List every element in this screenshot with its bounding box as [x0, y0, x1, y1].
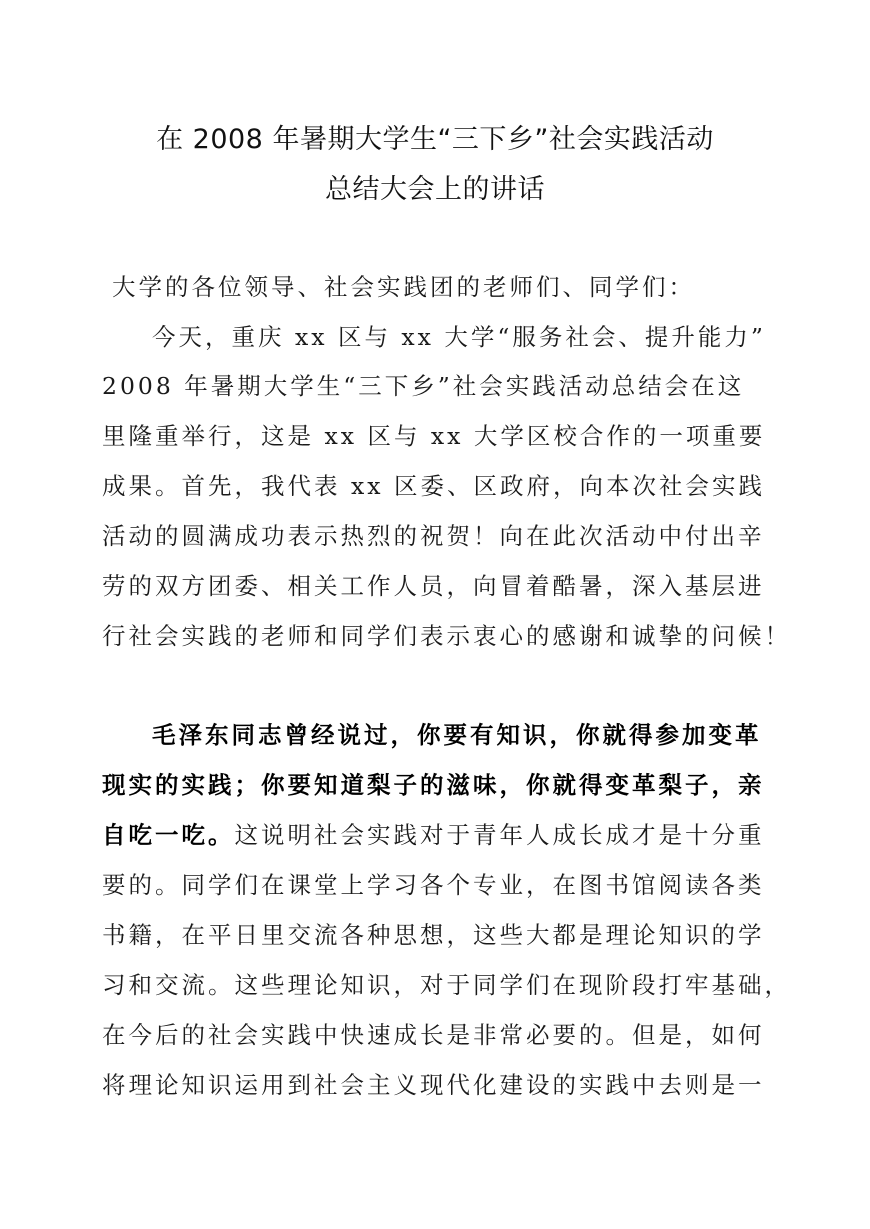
- quote-line: 现实的实践；你要知道梨子的滋味，你就得变革梨子，亲: [102, 770, 782, 800]
- mixed-line: 自吃一吃。这说明社会实践对于青年人成长成才是十分重: [102, 820, 782, 850]
- paragraph-line: 活动的圆满成功表示热烈的祝贺！向在此次活动中付出辛: [102, 521, 782, 551]
- quote-line: 毛泽东同志曾经说过，你要有知识，你就得参加变革: [152, 720, 832, 750]
- paragraph-line: 要的。同学们在课堂上学习各个专业，在图书馆阅读各类: [102, 870, 782, 900]
- quote-end: 自吃一吃。: [102, 821, 235, 849]
- paragraph-line: 书籍，在平日里交流各种思想，这些大都是理论知识的学: [102, 920, 782, 950]
- title-line-2: 总结大会上的讲话: [0, 167, 870, 206]
- paragraph-line: 今天，重庆 xx 区与 xx 大学“服务社会、提升能力”: [152, 322, 832, 352]
- paragraph-line: 劳的双方团委、相关工作人员，向冒着酷暑，深入基层进: [102, 571, 782, 601]
- paragraph-line: 在今后的社会实践中快速成长是非常必要的。但是，如何: [102, 1020, 782, 1050]
- paragraph-line: 行社会实践的老师和同学们表示衷心的感谢和诚挚的问候！: [102, 621, 782, 651]
- greeting: 大学的各位领导、社会实践团的老师们、同学们：: [112, 272, 792, 302]
- paragraph-text: 这说明社会实践对于青年人成长成才是十分重: [235, 821, 765, 849]
- title-line-1: 在 2008 年暑期大学生“三下乡”社会实践活动: [0, 117, 870, 156]
- paragraph-line: 2008 年暑期大学生“三下乡”社会实践活动总结会在这: [102, 371, 782, 401]
- paragraph-line: 将理论知识运用到社会主义现代化建设的实践中去则是一: [102, 1070, 782, 1100]
- paragraph-line: 里隆重举行，这是 xx 区与 xx 大学区校合作的一项重要: [102, 421, 782, 451]
- paragraph-line: 习和交流。这些理论知识，对于同学们在现阶段打牢基础，: [102, 970, 782, 1000]
- paragraph-line: 成果。首先，我代表 xx 区委、区政府，向本次社会实践: [102, 471, 782, 501]
